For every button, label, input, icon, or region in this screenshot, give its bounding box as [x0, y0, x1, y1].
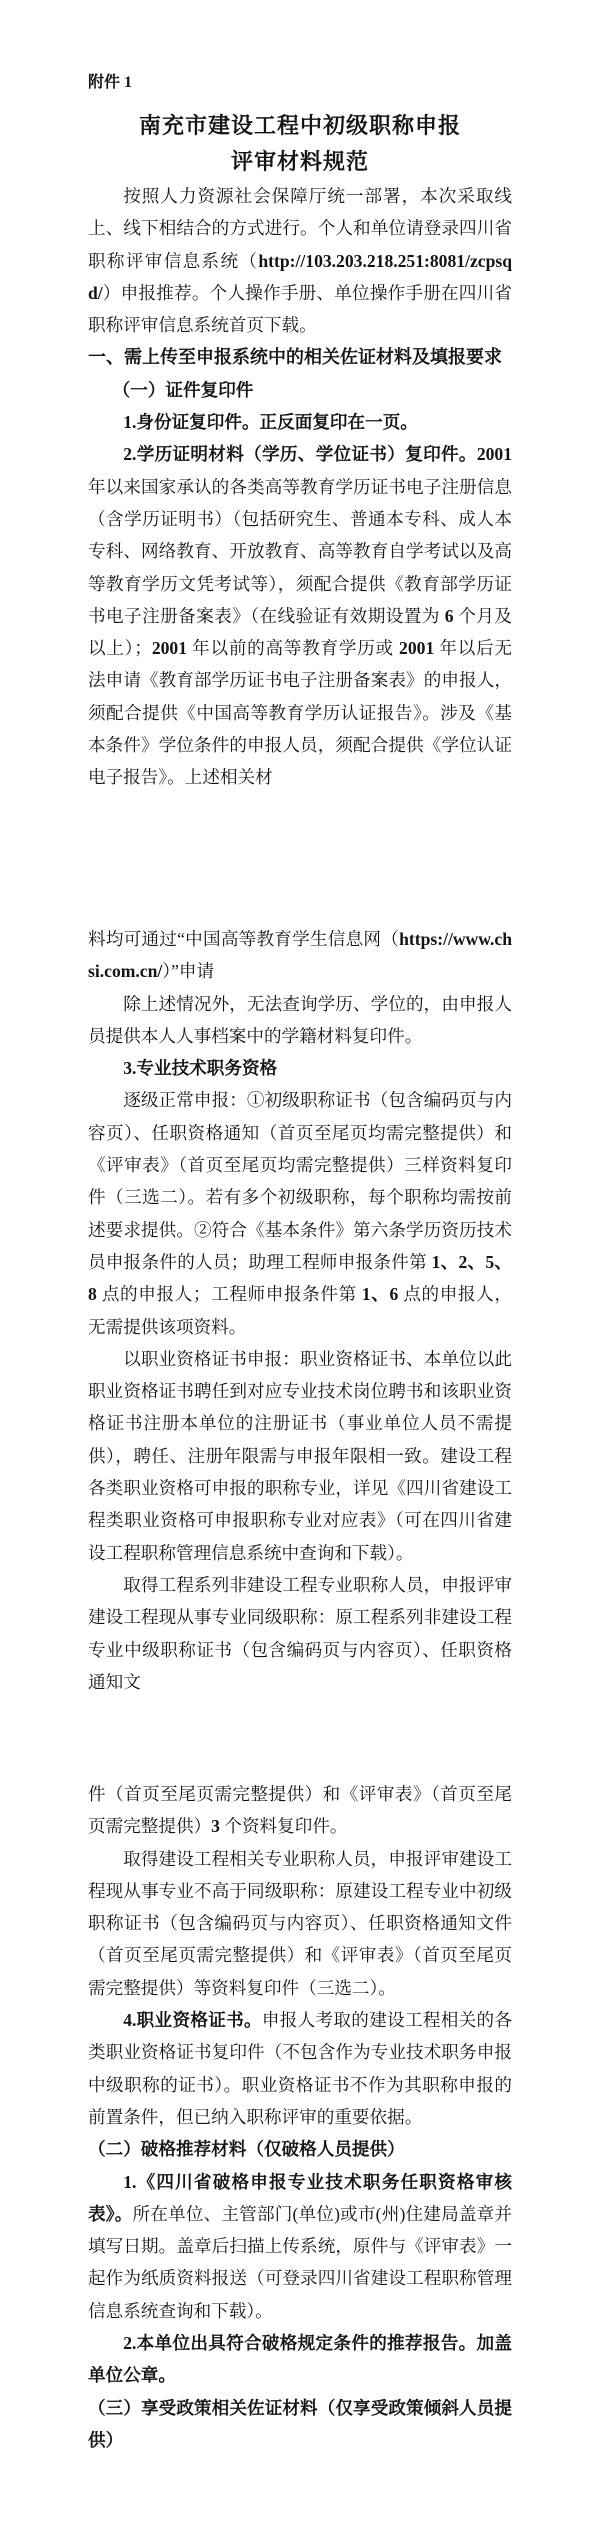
exception-paragraph: 除上述情况外，无法查询学历、学位的，由申报人员提供本人人事档案中的学籍材料复印件… [88, 988, 512, 1053]
page-3: 件（首页至尾页需完整提供）和《评审表》（首页至尾页需完整提供）3 个资料复印件。… [0, 1778, 600, 2456]
page-2: 料均可通过“中国高等教育学生信息网（https://www.chsi.com.c… [0, 923, 600, 1698]
exception-item-2-paragraph: 2.本单位出具符合破格规定条件的推荐报告。加盖单位公章。 [88, 2327, 512, 2392]
exception-item-1-paragraph: 1.《四川省破格申报专业技术职务任职资格审核表》。所在单位、主管部门(单位)或市… [88, 2166, 512, 2327]
item-3-heading: 3.专业技术职务资格 [88, 1052, 512, 1084]
vocational-certificate-paragraph: 以职业资格证书申报：职业资格证书、本单位以此职业资格证书聘任到对应专业技术岗位聘… [88, 1343, 512, 1569]
related-title-paragraph: 取得建设工程相关专业职称人员，申报评审建设工程现从事专业不高于同级职称：原建设工… [88, 1843, 512, 2004]
subsection-2-heading: （二）破格推荐材料（仅破格人员提供） [88, 2133, 512, 2165]
document-title: 南充市建设工程中初级职称申报 评审材料规范 [88, 108, 512, 180]
section-1-heading: 一、需上传至申报系统中的相关佐证材料及填报要求 [88, 341, 512, 373]
intro-paragraph: 按照人力资源社会保障厅统一部署，本次采取线上、线下相结合的方式进行。个人和单位请… [88, 180, 512, 341]
document-title-line-2: 评审材料规范 [88, 144, 512, 180]
item-4-paragraph: 4.职业资格证书。申报人考取的建设工程相关的各类职业资格证书复印件（不包含作为专… [88, 2004, 512, 2133]
document-title-line-1: 南充市建设工程中初级职称申报 [88, 108, 512, 144]
non-construction-title-paragraph: 取得工程系列非建设工程专业职称人员，申报评审建设工程现从事专业同级职称：原工程系… [88, 1569, 512, 1698]
item-2-paragraph: 2.学历证明材料（学历、学位证书）复印件。2001 年以来国家承认的各类高等教育… [88, 438, 512, 793]
item-2-continuation-paragraph: 料均可通过“中国高等教育学生信息网（https://www.chsi.com.c… [88, 923, 512, 988]
subsection-3-heading: （三）享受政策相关佐证材料（仅享受政策倾斜人员提供） [88, 2392, 512, 2457]
item-1-paragraph: 1.身份证复印件。正反面复印在一页。 [88, 406, 512, 438]
non-construction-title-continuation-paragraph: 件（首页至尾页需完整提供）和《评审表》（首页至尾页需完整提供）3 个资料复印件。 [88, 1778, 512, 1843]
document-page: { "document": { "attachment_label": "附件 … [0, 0, 600, 2546]
subsection-1-heading: （一）证件复印件 [88, 374, 512, 406]
page-1: 附件 1 南充市建设工程中初级职称申报 评审材料规范 按照人力资源社会保障厅统一… [0, 72, 600, 794]
normal-declare-paragraph: 逐级正常申报：①初级职称证书（包含编码页与内容页）、任职资格通知（首页至尾页均需… [88, 1084, 512, 1342]
attachment-label: 附件 1 [88, 72, 512, 94]
